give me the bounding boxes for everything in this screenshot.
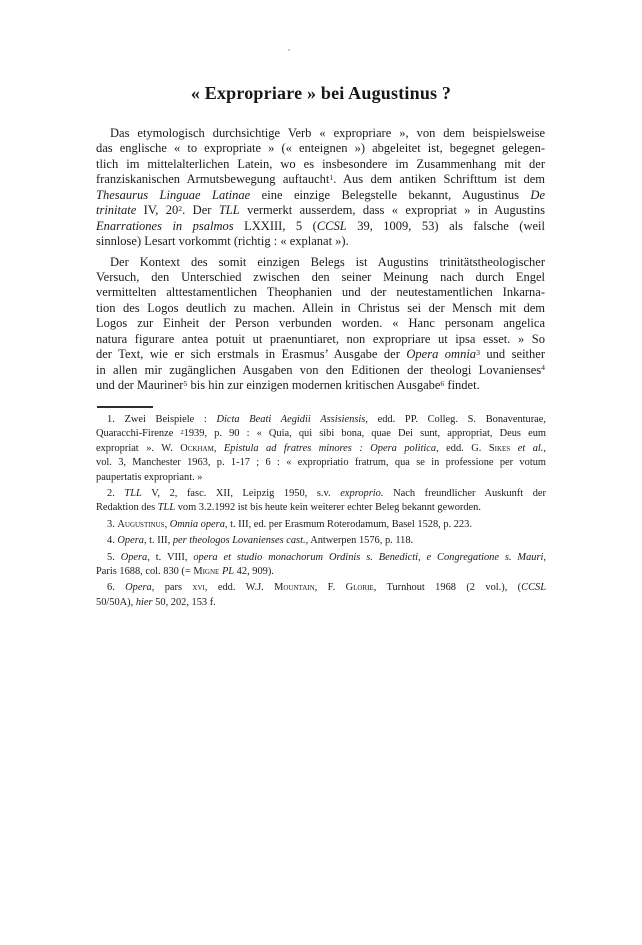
footnote-2: 2. TLL V, 2, fasc. XII, Leipzig 1950, s.… [96,487,546,516]
text-line: paupertatis expropriant. » [96,471,546,485]
text-line: der Text, wie er sich erstmals in Erasmu… [96,347,545,362]
text-line: vol. 3, Manchester 1963, p. 1-17 ; 6 : «… [96,456,546,470]
text-line: 1. Zwei Beispiele : Dicta Beati Aegidii … [96,413,546,427]
text-line: Logos zur Einheit der Person verbunden w… [96,316,545,331]
text-line: Enarrationes in psalmos LXXIII, 5 (CCSL … [96,219,545,234]
text-line: trinitate IV, 202. Der TLL vermerkt auss… [96,203,545,218]
text-line: und der Mauriner5 bis hin zur einzigen m… [96,378,545,393]
footnote-4: 4. Opera, t. III, per theologos Lovanien… [96,534,546,548]
text-line: Das etymologisch durchsichtige Verb « ex… [96,126,545,141]
text-line: Redaktion des TLL vom 3.2.1992 ist bis h… [96,501,546,515]
paragraph-2: Der Kontext des somit einzigen Belegs is… [96,255,545,394]
text-line: expropriat ». W. Ockham, Epistula ad fra… [96,442,546,456]
text-line: 5. Opera, t. VIII, opera et studio monac… [96,551,546,565]
footnote-3: 3. Augustinus, Omnia opera, t. III, ed. … [96,518,546,532]
text-line: 3. Augustinus, Omnia opera, t. III, ed. … [96,518,546,532]
footnote-5: 5. Opera, t. VIII, opera et studio monac… [96,551,546,580]
text-line: tlich im mittelalterlichen Latein, wo es… [96,157,545,172]
text-line: Versuch, den Unterschied zwischen den se… [96,270,545,285]
footnote-6: 6. Opera, pars xvi, edd. W.J. Mountain, … [96,581,546,610]
text-line: 4. Opera, t. III, per theologos Lovanien… [96,534,546,548]
scan-speck [288,49,290,51]
text-line: Quaracchi-Firenze 21939, p. 90 : « Quia,… [96,427,546,441]
text-line: Der Kontext des somit einzigen Belegs is… [96,255,545,270]
footnotes-section: 1. Zwei Beispiele : Dicta Beati Aegidii … [96,413,546,610]
text-line: in allen mir zugänglichen Ausgaben von d… [96,363,545,378]
text-line: sinnlose) Lesart vorkommt (richtig : « e… [96,234,545,249]
text-line: 6. Opera, pars xvi, edd. W.J. Mountain, … [96,581,546,595]
text-line: franziskanischen Armutsbewegung auftauch… [96,172,545,187]
text-line: tion des Logos deutlich zu machen. Allei… [96,301,545,316]
paragraph-1: Das etymologisch durchsichtige Verb « ex… [96,126,545,250]
footnote-separator [97,406,153,408]
page-title: « Expropriare » bei Augustinus ? [0,83,642,104]
text-line: vermittelten alttestamentlichen Theophan… [96,285,545,300]
text-line: natura figurare antea potuit ut praenunt… [96,332,545,347]
page: « Expropriare » bei Augustinus ? Das ety… [0,0,642,945]
footnote-1: 1. Zwei Beispiele : Dicta Beati Aegidii … [96,413,546,485]
text-line: Thesaurus Linguae Latinae eine einzige B… [96,188,545,203]
text-line: 50/50A), hier 50, 202, 153 f. [96,596,546,610]
text-line: Paris 1688, col. 830 (= Migne PL 42, 909… [96,565,546,579]
text-line: das englische « to expropriate » (« ente… [96,141,545,156]
text-line: 2. TLL V, 2, fasc. XII, Leipzig 1950, s.… [96,487,546,501]
main-text: Das etymologisch durchsichtige Verb « ex… [96,126,545,393]
